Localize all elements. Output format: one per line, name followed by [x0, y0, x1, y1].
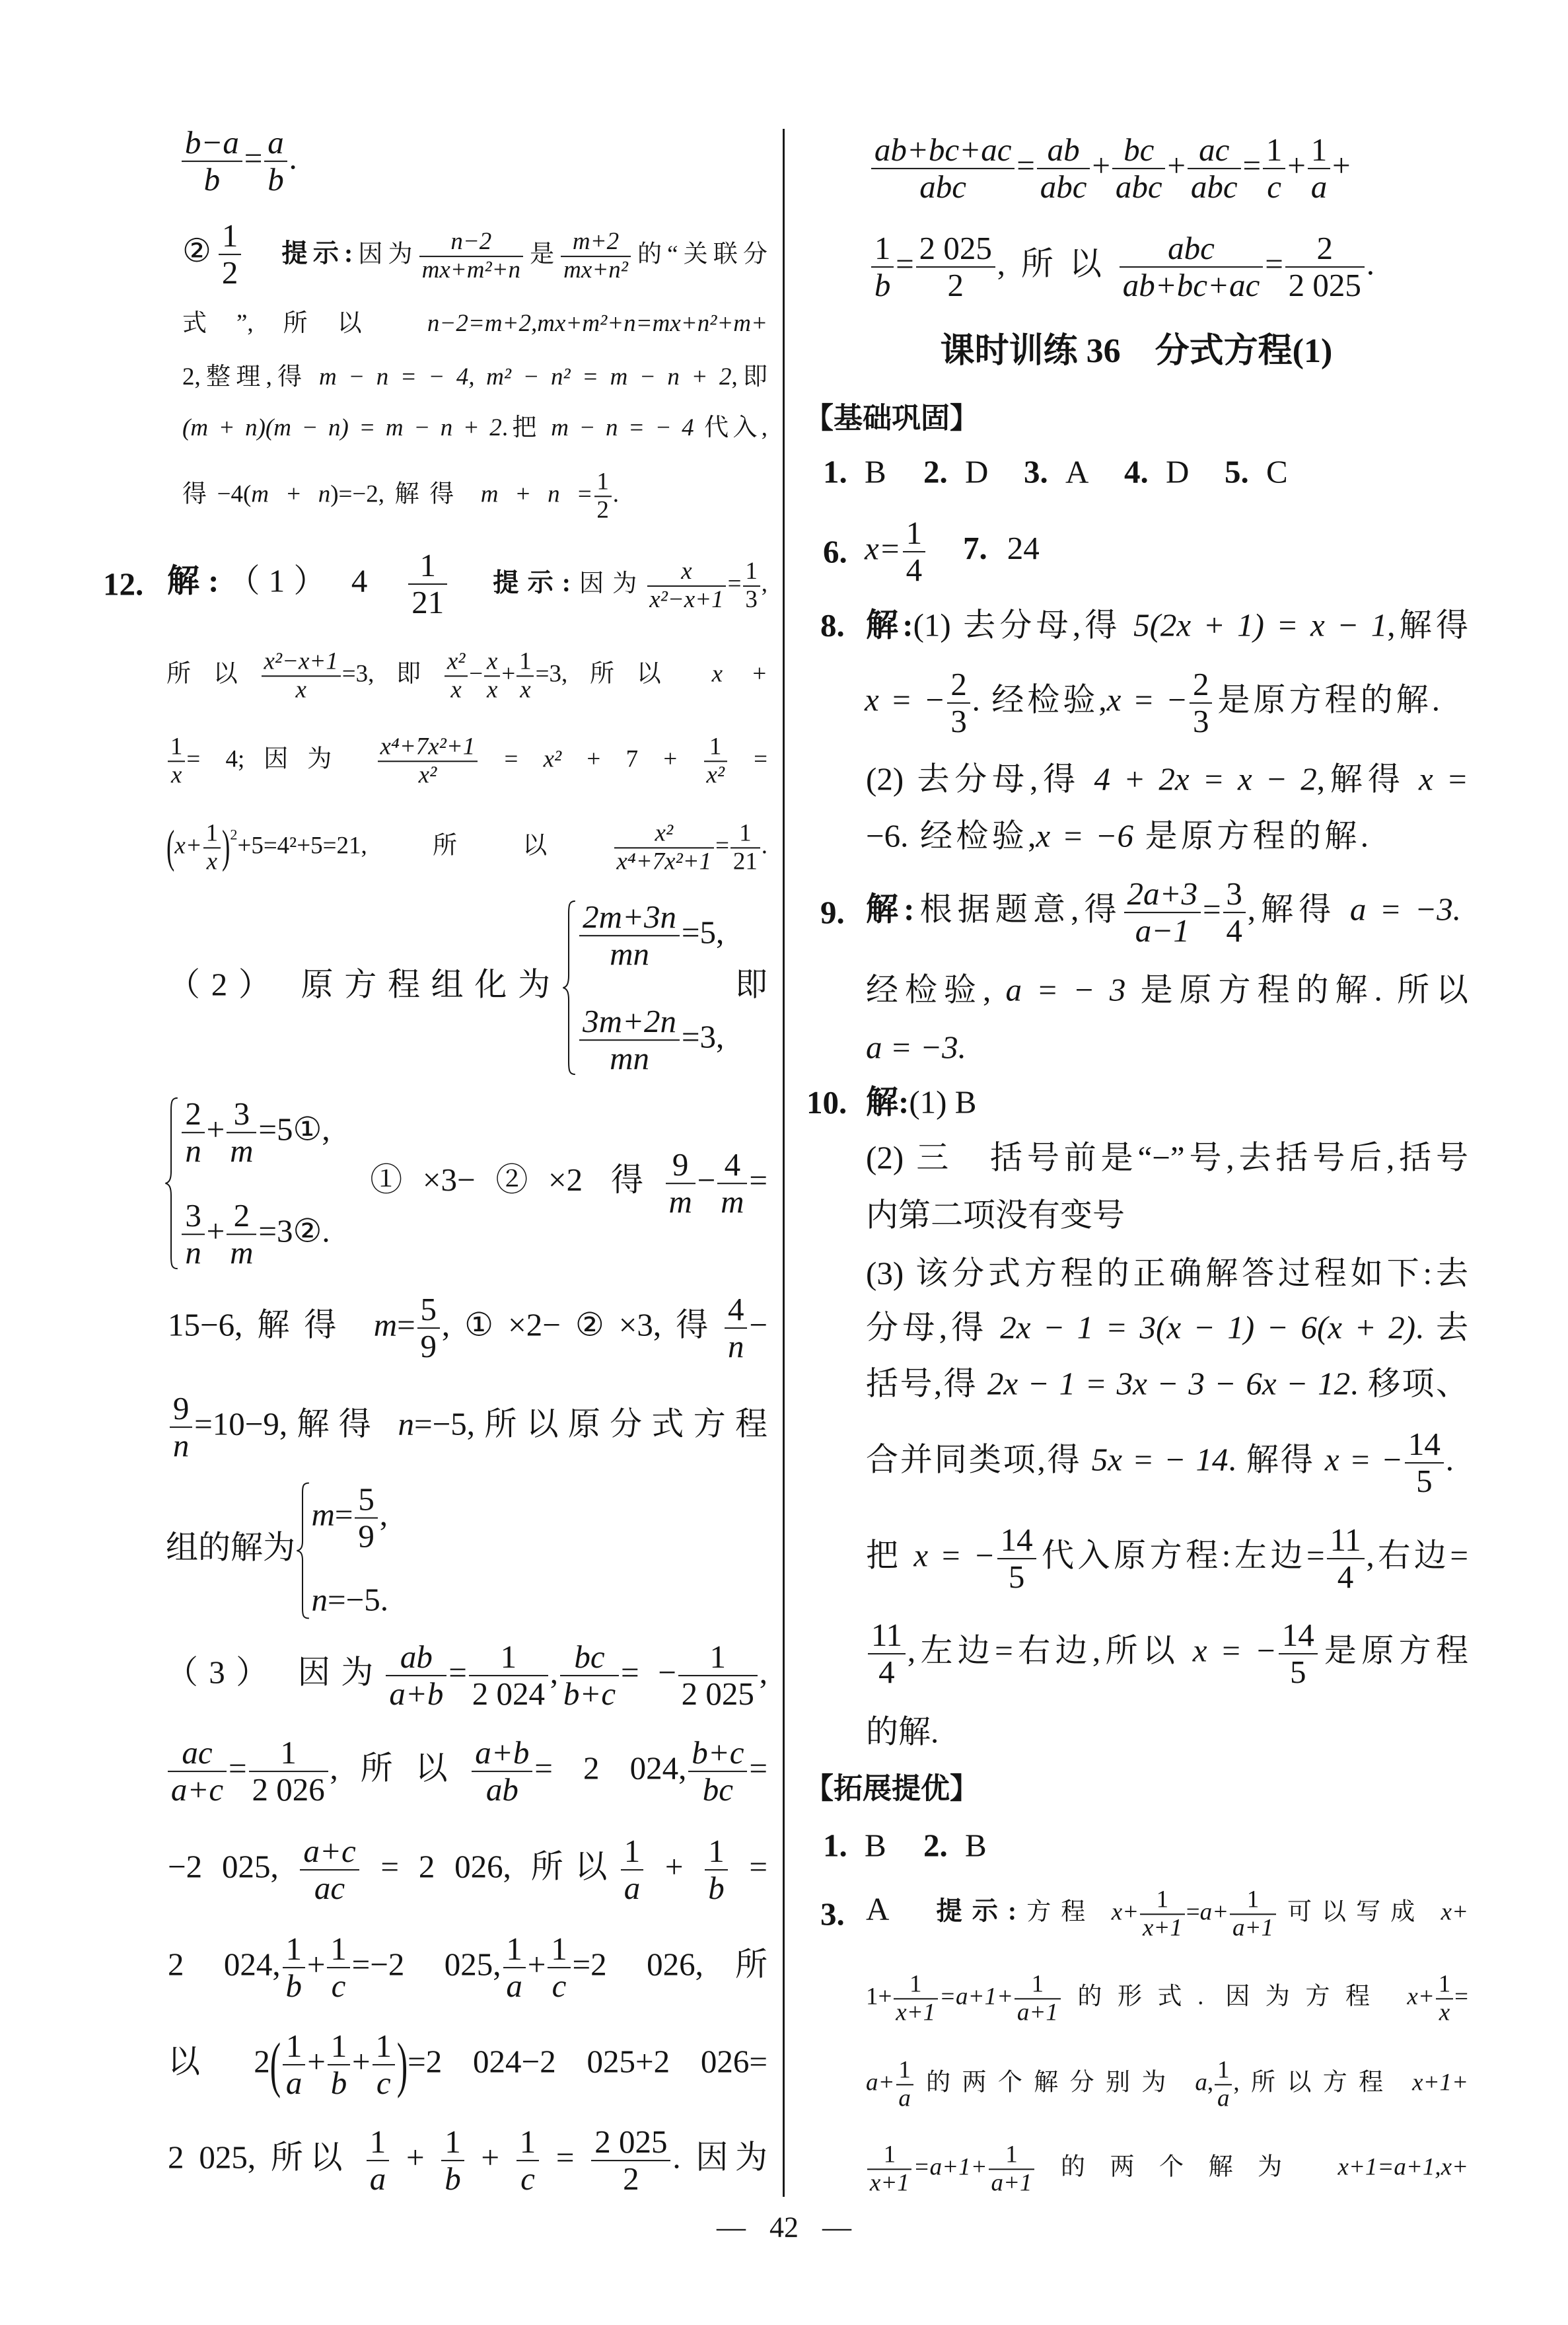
text-run: =3,所以 [536, 660, 712, 687]
numerator: bc [1112, 132, 1166, 168]
text-run: , [1207, 2069, 1213, 2096]
text-run: = [728, 570, 742, 597]
system-rows: 2n+3m=5①,3n+2m=3②. [180, 1096, 330, 1271]
denominator: bc [688, 1771, 747, 1808]
text-run: + [307, 1946, 326, 1982]
numerator: 1 [327, 1931, 349, 1967]
text-run: −2 025, [168, 1848, 299, 1884]
numerator: 5 [417, 1292, 440, 1327]
denominator: a−1 [1124, 912, 1201, 949]
system-row: m=59, [312, 1481, 389, 1554]
denominator: x² [378, 760, 478, 789]
numerator: 14 [997, 1522, 1036, 1558]
denominator: n [182, 1234, 204, 1271]
choice-answers: 1.B2.B [823, 1825, 1024, 1865]
fraction: 13 [743, 558, 760, 613]
right-column: ab+bc+acabc=ababc+bcabc+acabc=1c+1a+ 1b=… [785, 0, 1568, 2325]
hint-label: 提示: [484, 569, 571, 597]
denominator: 3 [947, 702, 970, 739]
solution-label: 解: [866, 1084, 909, 1120]
math-run: x = − [865, 681, 946, 718]
denominator: 2 024 [469, 1675, 548, 1712]
q10-line: (3) 该分式方程的正确解答过程如下:去 [866, 1253, 1468, 1293]
fraction: 2n [182, 1096, 204, 1169]
text-run: 是原方程的解. 所以 [1125, 971, 1468, 1008]
fraction: a+bab [472, 1735, 532, 1808]
text-run: = [749, 1162, 767, 1198]
text-run: 可以写成 [1277, 1898, 1441, 1925]
hint-label: 提示: [926, 1897, 1016, 1925]
text-run: =5, [682, 914, 724, 950]
numerator: x² [445, 648, 468, 675]
denominator: ac [300, 1869, 359, 1906]
fraction: 114 [1327, 1522, 1365, 1595]
q10-line: 114,左边=右边,所以 x = −145是原方程 [866, 1617, 1468, 1690]
solution-label: 解: [866, 607, 913, 643]
fraction: ab [264, 125, 287, 198]
math-run: (m + n)(m − n) = m − n + 2 [182, 414, 502, 441]
q3-hint-line: 1x+1=a+1+1a+1的两个解为 x+1=a+1,x+ [866, 2141, 1468, 2196]
denominator: a+b [386, 1675, 446, 1712]
denominator: a+c [168, 1771, 227, 1808]
numerator: 2 [1285, 231, 1365, 266]
denominator: m [227, 1234, 256, 1271]
numerator: 1 [594, 468, 612, 496]
numerator: 1 [871, 231, 894, 266]
denominator: 2 [591, 2160, 670, 2197]
math-run: x + [712, 660, 767, 687]
text-run: = [1265, 245, 1283, 281]
numerator: 1 [283, 2028, 305, 2064]
fraction: 9n [170, 1391, 192, 1463]
denominator: a [503, 1967, 526, 2004]
fraction: bcb+c [560, 1639, 619, 1712]
text-run: + [501, 660, 515, 687]
fraction: xx²−x+1 [647, 558, 727, 613]
answer-key-page: b−ab=ab. ②12提示:因为n−2mx+m²+n是m+2mx+n²的“关联… [0, 0, 1568, 2325]
text-run: + [1287, 147, 1306, 183]
question-number: 3. [1024, 451, 1065, 492]
text-run: (2) 去分母,得 [866, 760, 1094, 797]
numerator: 9 [666, 1147, 695, 1183]
numerator: 1 [373, 2028, 395, 2064]
text-run: 代入原方程:左边= [1038, 1537, 1324, 1573]
page-footer: —42— [0, 2211, 1568, 2246]
text-run: =2 024−2 025+2 026= [408, 2043, 767, 2079]
numerator: a+b [472, 1735, 532, 1771]
text-run: = 2 026, 所以 [361, 1848, 619, 1884]
section-heading-basic: 【基础巩固】 [804, 400, 979, 437]
question-number: 2. [923, 1825, 965, 1865]
fraction: 2 0252 [591, 2124, 670, 2197]
hint: 提示:方程 x+1x+1=a+1a+1可以写成 x+ [926, 1898, 1468, 1925]
fraction: b−ab [182, 125, 242, 198]
numerator: 11 [868, 1617, 906, 1653]
fraction: 1c [548, 1931, 570, 2004]
fraction: ababc [1037, 132, 1090, 205]
text-run: + 7 + [561, 745, 702, 772]
q3-line: 3.A提示:方程 x+1x+1=a+1a+1可以写成 x+ [820, 1886, 1468, 1941]
fraction: 59 [355, 1481, 377, 1554]
text-run: 括号,得 [866, 1365, 987, 1401]
numerator: bc [560, 1639, 619, 1675]
text-run: = [448, 1654, 467, 1690]
text-run: 即 [724, 966, 767, 1002]
denominator: x [168, 760, 185, 789]
denominator: abc [1037, 168, 1090, 205]
math-run: a+ [1200, 1898, 1229, 1925]
text-run: ,所以 [997, 245, 1118, 281]
numerator: 1 [367, 2124, 389, 2160]
text-run: = [541, 2139, 589, 2175]
denominator: b+c [560, 1675, 619, 1712]
fraction: 1a [1308, 132, 1330, 205]
fraction: 3m [227, 1096, 256, 1169]
q8-line: x = −23. 经检验,x = −23是原方程的解. [865, 667, 1440, 739]
text-run: .把 [502, 414, 551, 441]
text-run: ,左边=右边,所以 [908, 1632, 1193, 1668]
numerator: 14 [1279, 1617, 1318, 1653]
text-run: =3, [682, 1018, 724, 1054]
fraction: 1a+1 [1230, 1886, 1275, 1941]
text-run: + [207, 1111, 225, 1147]
page-number: 42 [769, 2211, 799, 2244]
numerator: 1 [678, 1639, 758, 1675]
denominator: mn [579, 935, 680, 972]
denominator: 2 [916, 266, 995, 303]
math-run: =a+1+ [913, 2153, 987, 2180]
text-run: 因为 [353, 240, 417, 268]
q10-line: 把 x = −145代入原方程:左边=114,右边= [866, 1522, 1468, 1595]
numerator: 2 [182, 1096, 204, 1132]
q9-line: a = −3. [866, 1027, 966, 1067]
text-run: 组的解为 [166, 1529, 295, 1565]
numerator: 2 [947, 667, 970, 702]
denominator: b [441, 2160, 464, 2197]
denominator: 9 [355, 1517, 377, 1554]
denominator: c [1263, 168, 1285, 205]
fraction: 121 [731, 820, 760, 875]
numerator: 1 [704, 733, 727, 760]
denominator: 5 [1405, 1462, 1444, 1499]
fraction: 145 [1405, 1426, 1444, 1499]
denominator: a+1 [1230, 1913, 1275, 1942]
denominator: 21 [408, 583, 447, 620]
question-number: 7. [963, 530, 987, 566]
math-run: x = − [1325, 1441, 1403, 1477]
text-run: . 因为 [672, 2139, 767, 2175]
q12-line: 9n=10−9,解得 n=−5,所以原分式方程 [168, 1391, 767, 1463]
denominator: x [1436, 1998, 1453, 2026]
fraction: 1a [621, 1833, 643, 1906]
fraction: x²−x+1x [262, 648, 341, 703]
denominator: x+1 [1140, 1913, 1184, 1942]
denominator: abc [871, 168, 1015, 205]
fraction: 3n [182, 1198, 204, 1271]
fraction: 1b [328, 2028, 350, 2101]
denominator: ab [472, 1771, 532, 1808]
left-brace-icon [164, 1096, 180, 1271]
text-run: = [730, 1848, 767, 1884]
fraction: 12 [219, 218, 241, 291]
fraction: 59 [417, 1292, 440, 1364]
denominator: mx+m²+n [419, 256, 523, 284]
text-run: . 解得 [1229, 1441, 1325, 1477]
denominator: 2 [219, 254, 241, 291]
circled-number: ② [182, 233, 217, 269]
numerator: 1 [894, 1971, 938, 1998]
text-run: 根据题意,得 [914, 891, 1122, 927]
text-run: + [207, 1212, 225, 1249]
denominator: x [484, 675, 500, 704]
answer-letter: D [1166, 453, 1189, 490]
answer-letter: D [965, 453, 988, 490]
text-run: = 2 024, [534, 1750, 686, 1786]
denominator: 21 [731, 847, 760, 875]
denominator: x [517, 675, 534, 704]
q12-continued-line: ab+bc+acabc=ababc+bcabc+acabc=1c+1a+ [869, 132, 1468, 205]
numerator: 3 [182, 1198, 204, 1234]
numerator: 1 [408, 548, 447, 583]
denominator: n [182, 1132, 204, 1169]
numerator: 1 [469, 1639, 548, 1675]
left-column: b−ab=ab. ②12提示:因为n−2mx+m²+n是m+2mx+n²的“关联… [0, 0, 783, 2325]
system-row: n=−5. [312, 1579, 389, 1619]
text-run: ,所以 [330, 1750, 470, 1786]
fraction: 1x [203, 820, 221, 875]
text-run: 的形式. 因为方程 [1062, 1983, 1408, 2010]
text-run: + [645, 1848, 703, 1884]
numerator: x [484, 648, 500, 675]
denominator: 4 [1327, 1558, 1365, 1595]
text-run: =3,即 [342, 660, 443, 687]
q12-line: 以 2(1a+1b+1c)=2 024−2 025+2 026= [168, 2028, 767, 2101]
math-run: n [398, 1405, 415, 1442]
numerator: 1 [441, 2124, 464, 2160]
numerator: b+c [688, 1735, 747, 1771]
denominator: abc [1188, 168, 1241, 205]
fraction: b+cbc [688, 1735, 747, 1808]
fraction: x²x⁴+7x²+1 [614, 820, 714, 875]
choice-item: 1.B [823, 1825, 923, 1865]
question-number: 12. [103, 564, 143, 604]
fraction: x⁴+7x²+1x² [378, 733, 478, 788]
big-left-paren: ( [166, 825, 174, 871]
math-run: x = −6 [1036, 817, 1133, 854]
text-run: = [1016, 147, 1035, 183]
text-run: =−2 025, [352, 1946, 501, 1982]
q12-line: 2n+3m=5①,3n+2m=3②.①×3−②×2 得9m−4m= [164, 1096, 767, 1271]
text-run: + [1332, 147, 1351, 183]
question-number: 2. [923, 451, 965, 492]
denominator: 2 025 [678, 1675, 758, 1712]
fraction: 2 0252 [916, 231, 995, 303]
q11-line: ②12提示:因为n−2mx+m²+n是m+2mx+n²的“关联分 [182, 218, 767, 291]
answer-value: 24 [1007, 530, 1040, 566]
fraction: 1x [1436, 1971, 1453, 2026]
denominator: 9 [417, 1327, 440, 1364]
text-run: + [528, 1946, 546, 1982]
denominator: 3 [743, 585, 760, 614]
denominator: a [1308, 168, 1330, 205]
denominator: 3 [1190, 702, 1212, 739]
text-run: = [335, 1496, 353, 1533]
answer-letter: C [1266, 453, 1288, 490]
math-run: x+ [1112, 1898, 1139, 1925]
q10-line: (2) 三 括号前是“−”号,去括号后,括号 [866, 1137, 1468, 1177]
question-number: 1. [823, 1825, 865, 1865]
numerator: m+2 [561, 229, 630, 256]
denominator: ab+bc+ac [1120, 266, 1263, 303]
denominator: b [264, 161, 287, 198]
denominator: n [725, 1327, 747, 1364]
text-run: 内第二项没有变号 [866, 1197, 1125, 1233]
denominator: m [666, 1183, 695, 1220]
q12-line: 12.解:（1） 4121提示:因为xx²−x+1=13, [103, 548, 767, 620]
footer-dash: — [717, 2211, 746, 2244]
denominator: 5 [1279, 1653, 1318, 1690]
answer-letter: A [866, 1890, 889, 1927]
text-run: = [244, 139, 263, 176]
choice-item: 2.D [923, 451, 1024, 492]
text-run: 2,整理,得 [182, 363, 319, 390]
denominator: a [621, 1869, 643, 1906]
text-run: + [466, 2139, 515, 2175]
math-run: 2x − 1 = 3x − 3 − 6x − 12 [987, 1365, 1350, 1401]
choice-item: 2.B [923, 1825, 1024, 1865]
math-run: 5x = − 14 [1092, 1441, 1229, 1477]
denominator: mx+n² [561, 256, 630, 284]
q12-line: 2 024,1b+1c=−2 025,1a+1c=2 026,所 [168, 1931, 767, 2004]
math-run: =a+1+ [939, 1983, 1013, 2010]
text-run: = [397, 1306, 415, 1343]
fraction: 2m [227, 1198, 256, 1271]
text-run: ,解得 [1387, 607, 1468, 643]
big-right-paren: ) [222, 825, 230, 871]
equation-system: 2n+3m=5①,3n+2m=3②. [164, 1096, 330, 1271]
fraction: 1x [168, 733, 185, 788]
denominator: c [373, 2064, 395, 2101]
fraction: 22 025 [1285, 231, 1365, 303]
denominator: a+1 [989, 2168, 1034, 2197]
text-run: （2） 原方程组化为 [168, 966, 561, 1002]
exponent: 2 [230, 826, 237, 842]
solution-label: 解: [866, 891, 914, 927]
fraction: 1c [1263, 132, 1285, 205]
text-run: 的解. [866, 1713, 939, 1750]
numerator: 1 [621, 1833, 643, 1869]
fraction: 121 [408, 548, 447, 620]
q11-hint-line: (m + n)(m − n) = m − n + 2.把 m − n = − 4… [182, 413, 767, 443]
section-heading-extension: 【拓展提优】 [804, 1771, 979, 1807]
math-run: m + n [251, 480, 330, 507]
text-run: + [352, 2043, 371, 2079]
text-run: 代入, [694, 414, 767, 441]
choice-item: 3.A [1024, 451, 1124, 492]
fraction: 9m [666, 1147, 695, 1220]
fraction: x²x [445, 648, 468, 703]
choice-item: 1.B [823, 451, 923, 492]
text-run: ,所以方程 [1233, 2069, 1412, 2096]
math-run: m − n = − 4 [551, 414, 694, 441]
numerator: 1 [743, 558, 760, 585]
text-run: ,右边= [1366, 1537, 1468, 1573]
fraction: 114 [868, 1617, 906, 1690]
numerator: 2 025 [916, 231, 995, 266]
fraction: 2a+3a−1 [1124, 876, 1201, 949]
denominator: 2 025 [1285, 266, 1365, 303]
q8-line: −6. 经检验,x = −6 是原方程的解. [866, 815, 1369, 856]
text-run: 的两个解分别为 [915, 2069, 1195, 2096]
fraction: 14 [903, 515, 925, 588]
question-number: 8. [820, 605, 845, 645]
numerator: 3 [227, 1096, 256, 1132]
q10-line: 括号,得 2x − 1 = 3x − 3 − 6x − 12. 移项、 [866, 1363, 1468, 1403]
text-run: . 移项、 [1350, 1365, 1468, 1401]
text-run: = [479, 745, 543, 772]
system-row: 3n+2m=3②. [180, 1198, 330, 1271]
footer-dash: — [822, 2211, 851, 2244]
text-run: . 去 [1415, 1309, 1468, 1345]
numerator: ab+bc+ac [871, 132, 1015, 168]
fraction: 12 024 [469, 1639, 548, 1712]
system-rows: m=59,n=−5. [312, 1481, 389, 1619]
fraction: 1a [1215, 2057, 1232, 2112]
text-run: 2 024, [168, 1946, 281, 1982]
denominator: b [182, 161, 242, 198]
fraction: 1b [871, 231, 894, 303]
q10-line: 分母,得 2x − 1 = 3(x − 1) − 6(x + 2). 去 [866, 1307, 1468, 1347]
q12-line: 2 025, 所以 1a + 1b + 1c = 2 0252. 因为 [168, 2124, 767, 2197]
q10-line: 合并同类项,得 5x = − 14. 解得 x = −145. [866, 1426, 1454, 1499]
q9-line: 9.解:根据题意,得2a+3a−1=34,解得 a = −3. [820, 876, 1461, 949]
q12-line: 组的解为m=59,n=−5. [166, 1481, 388, 1619]
text-run: 以 2 [168, 2043, 270, 2079]
math-run: x = − [913, 1537, 995, 1573]
text-run: (3) 该分式方程的正确解答过程如下:去 [866, 1255, 1468, 1291]
answer-letter: B [865, 1827, 886, 1863]
numerator: 1 [1140, 1886, 1184, 1913]
text-run: ,解得 [1248, 891, 1350, 927]
numerator: abc [1120, 231, 1263, 266]
numerator: 1 [896, 2057, 913, 2084]
answer-letter: A [1065, 453, 1088, 490]
numerator: 1 [989, 2141, 1034, 2168]
answer-letter: B [865, 453, 886, 490]
text-run: = − [621, 1654, 676, 1690]
question-number: 4. [1124, 451, 1166, 492]
text-run: = [1203, 891, 1221, 927]
fraction: 1a [283, 2028, 305, 2101]
text-run: +5=4²+5=21,所以 [237, 832, 612, 859]
text-run: （1） 4 [219, 562, 367, 599]
denominator: b [705, 1869, 727, 1906]
numerator: 1 [1230, 1886, 1275, 1913]
denominator: a [367, 2160, 389, 2197]
denominator: 4 [868, 1653, 906, 1690]
numerator: 1 [1263, 132, 1285, 168]
denominator: b [328, 2064, 350, 2101]
fraction: m+2mx+n² [561, 229, 630, 283]
numerator: 2m+3n [579, 899, 680, 935]
fraction: 1a [503, 1931, 526, 2004]
text-run: 所以 [166, 660, 260, 687]
text-run: , [550, 1654, 558, 1690]
numerator: 4 [717, 1147, 747, 1183]
fraction: xx [484, 648, 500, 703]
q12-continued-line: 1b=2 0252,所以abcab+bc+ac=22 025. [869, 231, 1374, 303]
math-run: x = [1419, 760, 1468, 797]
